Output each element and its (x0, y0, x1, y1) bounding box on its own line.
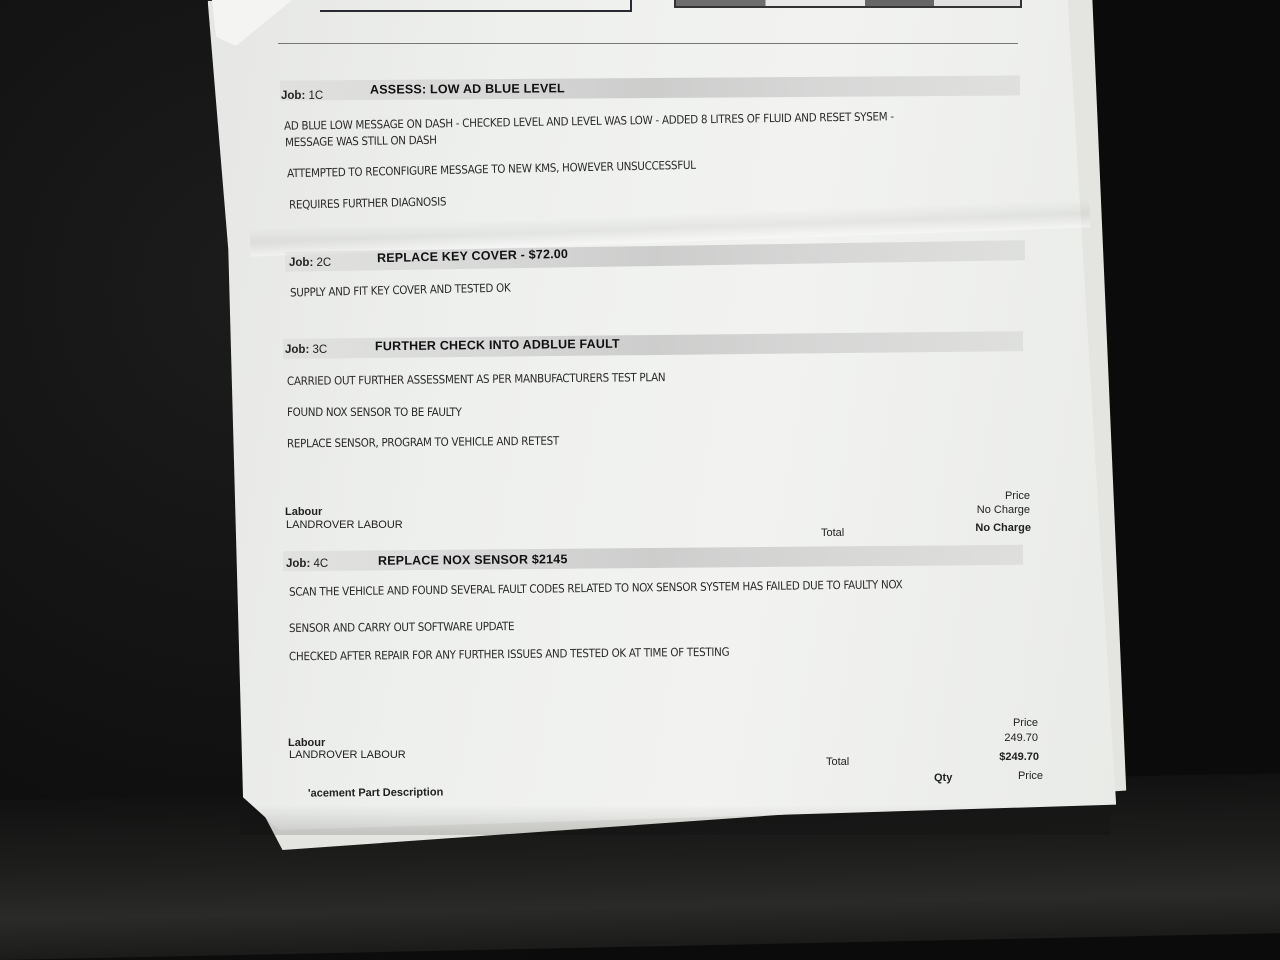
labour-total: $249.70 (938, 751, 1039, 763)
labour-price: No Charge (930, 504, 1030, 516)
job-line: REQUIRES FURTHER DIAGNOSIS (289, 194, 446, 211)
job-title: REPLACE NOX SENSOR $2145 (378, 552, 568, 568)
labour-price: 249.70 (938, 732, 1038, 744)
labour-item: LANDROVER LABOUR (286, 519, 403, 531)
job-line: MESSAGE WAS STILL ON DASH (285, 133, 437, 149)
job-line: CHECKED AFTER REPAIR FOR ANY FURTHER ISS… (289, 645, 729, 664)
job-title: ASSESS: LOW AD BLUE LEVEL (370, 81, 565, 96)
price-header: Price (930, 490, 1030, 502)
replacement-part-heading: 'acement Part Description (308, 786, 443, 799)
job-title: FURTHER CHECK INTO ADBLUE FAULT (375, 337, 620, 354)
paper-bottom-shadow (240, 805, 1110, 835)
job-label: Job: 2C (289, 257, 331, 269)
job-line: SENSOR AND CARRY OUT SOFTWARE UPDATE (289, 619, 514, 635)
price-header: Price (938, 717, 1038, 729)
job-line: SUPPLY AND FIT KEY COVER AND TESTED OK (290, 281, 511, 300)
job-line: FOUND NOX SENSOR TO BE FAULTY (287, 405, 462, 419)
job-line: REPLACE SENSOR, PROGRAM TO VEHICLE AND R… (287, 434, 559, 451)
job-line: CARRIED OUT FURTHER ASSESSMENT AS PER MA… (287, 370, 665, 388)
labour-total: No Charge (930, 522, 1031, 534)
job-line: ATTEMPTED TO RECONFIGURE MESSAGE TO NEW … (287, 158, 696, 181)
labour-heading: Labour (285, 506, 322, 518)
total-label: Total (826, 756, 849, 768)
job-line: AD BLUE LOW MESSAGE ON DASH - CHECKED LE… (284, 109, 894, 133)
job-label: Job: 4C (286, 558, 328, 570)
job-line: SCAN THE VEHICLE AND FOUND SEVERAL FAULT… (289, 577, 902, 598)
parts-price-header: Price (943, 770, 1043, 782)
labour-item: LANDROVER LABOUR (289, 749, 406, 761)
job-label: Job: 3C (285, 344, 327, 356)
job-label: Job: 1C (281, 90, 323, 102)
labour-heading: Labour (288, 737, 325, 749)
total-label: Total (821, 527, 844, 539)
